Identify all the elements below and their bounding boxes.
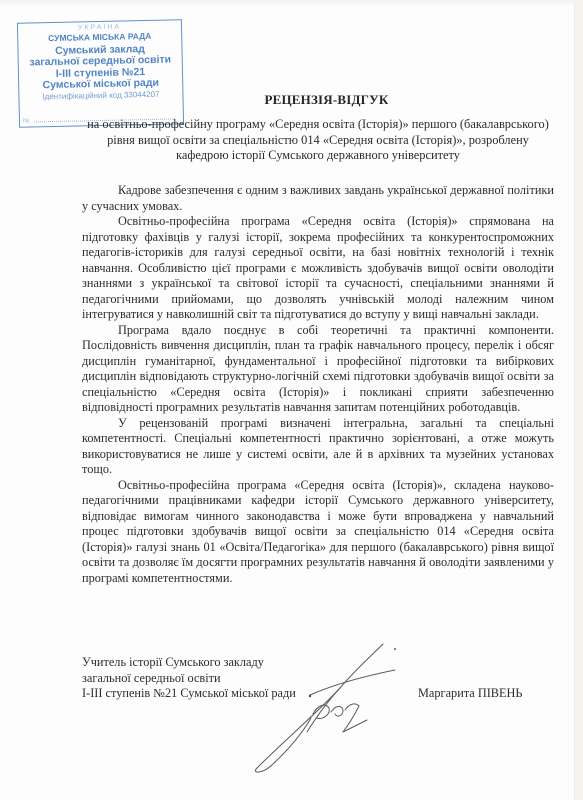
signer-name: Маргарита ПІВЕНЬ: [418, 686, 522, 701]
document-page: УКРАЇНА СУМСЬКА МІСЬКА РАДА Сумський зак…: [0, 0, 583, 800]
stamp-council: СУМСЬКА МІСЬКА РАДА: [18, 31, 181, 43]
official-stamp: УКРАЇНА СУМСЬКА МІСЬКА РАДА Сумський зак…: [17, 19, 184, 127]
document-title-text: РЕЦЕНЗІЯ-ВІДГУК: [264, 92, 388, 107]
paragraph: Кадрове забезпечення є одним з важливих …: [82, 183, 554, 214]
document-title: РЕЦЕНЗІЯ-ВІДГУК: [0, 92, 583, 108]
paragraph: Програма вдало поєднує в собі теоретичні…: [82, 323, 554, 416]
scan-speck: [394, 648, 396, 650]
stamp-number-label: №: [23, 118, 30, 124]
scan-right-edge: [574, 0, 583, 800]
document-body: Кадрове забезпечення є одним з важливих …: [82, 183, 554, 586]
document-subtitle: на освітньо-професійну програму «Середня…: [83, 117, 553, 164]
paragraph: У рецензованій програмі визначені інтегр…: [82, 416, 554, 478]
paragraph: Освітньо-професійна програма «Середня ос…: [82, 478, 554, 587]
paragraph: Освітньо-професійна програма «Середня ос…: [82, 214, 554, 323]
handwritten-signature-icon: [245, 640, 405, 775]
scan-top-edge: [0, 0, 583, 6]
